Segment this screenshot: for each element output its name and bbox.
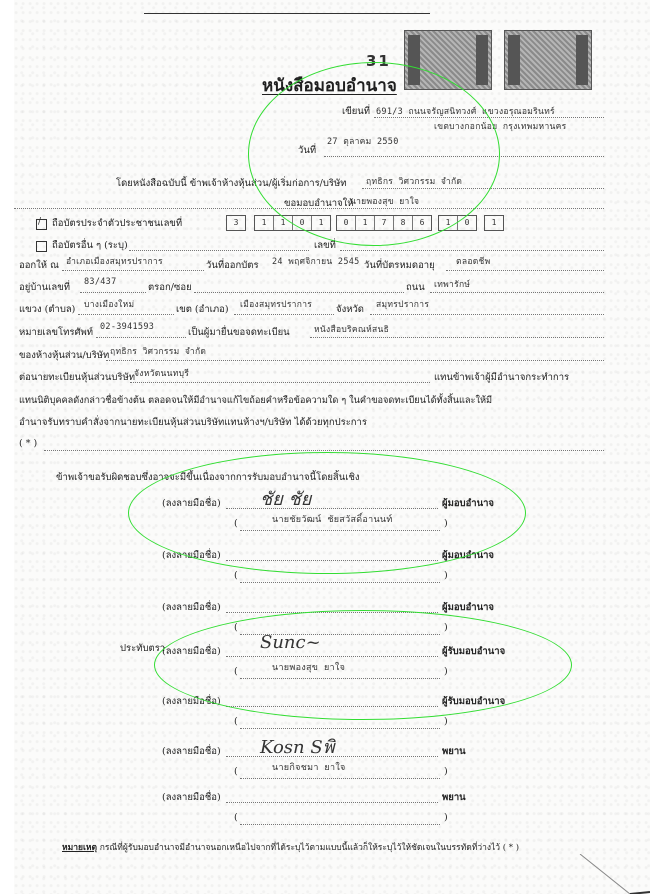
registrar-value: จังหวัดนนทบุรี — [134, 366, 189, 380]
name-paren-close: ) — [444, 716, 448, 727]
top-rule — [144, 13, 430, 14]
printed-name-line[interactable] — [240, 582, 440, 583]
signature-line[interactable] — [226, 802, 438, 803]
printed-name-line[interactable] — [240, 678, 440, 679]
date-value: 27 ตุลาคม 2550 — [327, 134, 399, 148]
house-no-label: อยู่บ้านเลขที่ — [19, 280, 70, 295]
road-label: ถนน — [406, 280, 425, 295]
handwritten-signature: ชัย ชัย — [260, 484, 311, 513]
signature-role: พยาน — [442, 744, 466, 759]
signature-role: ผู้มอบอำนาจ — [442, 600, 494, 615]
name-paren-open: ( — [234, 812, 238, 823]
document-page: 31 หนังสือมอบอำนาจ เขียนที่ 691/3 ถนนจรั… — [14, 0, 650, 894]
printed-name-line[interactable] — [240, 778, 440, 779]
registrar-label: ต่อนายทะเบียนหุ้นส่วนบริษัท — [19, 370, 135, 385]
id-card-checkbox[interactable]: / — [36, 219, 47, 230]
issue-date-label: วันที่ออกบัตร — [206, 258, 259, 273]
name-paren-open: ( — [234, 622, 238, 633]
footnote-text: กรณีที่ผู้รับมอบอำนาจมีอำนาจนอกเหนือไปจา… — [100, 843, 519, 853]
asterisk-label: ( * ) — [19, 438, 37, 449]
subdistrict-label: แขวง (ตำบล) — [19, 302, 75, 317]
printed-name-line[interactable] — [240, 728, 440, 729]
name-paren-open: ( — [234, 666, 238, 677]
of-partnership-value: ฤทธิกร วิศวกรรม จำกัด — [110, 344, 206, 358]
sign-label: (ลงลายมือชื่อ) — [162, 644, 221, 659]
sign-label: (ลงลายมือชื่อ) — [162, 694, 221, 709]
revenue-stamp-1 — [404, 30, 492, 90]
document-title: หนังสือมอบอำนาจ — [262, 72, 397, 99]
number-label: เลขที่ — [314, 238, 336, 253]
name-paren-open: ( — [234, 716, 238, 727]
printed-name: นายกิจชมา ยาใจ — [272, 760, 346, 774]
signature-line[interactable] — [226, 612, 438, 613]
page-corner-fold — [570, 854, 650, 894]
revenue-stamp-2 — [504, 30, 592, 90]
house-no-value: 83/437 — [84, 277, 117, 287]
expiry-label: วันที่บัตรหมดอายุ — [364, 258, 435, 273]
body-line-2: แทนนิติบุคคลดังกล่าวชื่อข้างต้น ตลอดจนให… — [19, 393, 492, 408]
name-paren-close: ) — [444, 766, 448, 777]
name-paren-close: ) — [444, 570, 448, 581]
written-at-line2: เขตบางกอกน้อย กรุงเทพมหานคร — [434, 119, 566, 133]
handwritten-signature: Kosn Sพิ — [260, 732, 335, 761]
body-line-3: อำนาจรับทราบคำสั่งจากนายทะเบียนหุ้นส่วนบ… — [19, 415, 367, 430]
signature-role: ผู้มอบอำนาจ — [442, 496, 494, 511]
of-partnership-label: ของห้างหุ้นส่วน/บริษัท — [19, 348, 109, 363]
sign-label: (ลงลายมือชื่อ) — [162, 548, 221, 563]
signature-role: ผู้รับมอบอำนาจ — [442, 644, 505, 659]
footnote-label: หมายเหตุ — [62, 843, 97, 853]
alley-label: ตรอก/ซอย — [148, 280, 192, 295]
phone-label: หมายเลขโทรศัพท์ — [19, 325, 93, 340]
name-paren-open: ( — [234, 570, 238, 581]
sign-label: (ลงลายมือชื่อ) — [162, 744, 221, 759]
footnote: หมายเหตุ กรณีที่ผู้รับมอบอำนาจมีอำนาจนอก… — [62, 840, 519, 854]
signature-line[interactable] — [226, 560, 438, 561]
other-card-label: ถือบัตรอื่น ๆ (ระบุ) — [52, 238, 128, 253]
name-paren-close: ) — [444, 518, 448, 529]
printed-name-line[interactable] — [240, 824, 440, 825]
name-paren-open: ( — [234, 518, 238, 529]
id-card-label: ถือบัตรประจำตัวประชาชนเลขที่ — [52, 216, 182, 231]
road-value: เทพารักษ์ — [434, 277, 470, 291]
name-paren-close: ) — [444, 666, 448, 677]
date-label: วันที่ — [298, 143, 316, 158]
registrar-tail: แทนข้าพเจ้าผู้มีอำนาจกระทำการ — [434, 370, 569, 385]
name-paren-open: ( — [234, 766, 238, 777]
written-at-label: เขียนที่ — [342, 104, 370, 119]
printed-name: นายพองสุข ยาใจ — [272, 660, 345, 674]
subdistrict-value: บางเมืองใหม่ — [84, 297, 134, 311]
issue-date-value: 24 พฤศจิกายน 2545 — [272, 254, 360, 268]
filer-value: หนังสือบริคณห์สนธิ — [314, 322, 389, 336]
phone-value: 02-3941593 — [100, 322, 154, 332]
other-card-checkbox[interactable] — [36, 241, 47, 252]
issued-at-value: อำเภอเมืองสมุทรปราการ — [66, 254, 163, 268]
sign-label: (ลงลายมือชื่อ) — [162, 496, 221, 511]
signature-line[interactable] — [226, 508, 438, 509]
name-paren-close: ) — [444, 622, 448, 633]
seal-label: ประทับตรา — [120, 641, 165, 656]
province-value: สมุทรปราการ — [376, 297, 429, 311]
district-value: เมืองสมุทรปราการ — [240, 297, 312, 311]
written-at-line1: 691/3 ถนนจรัญสนิทวงศ์ แขวงอรุณอมรินทร์ — [376, 104, 555, 118]
province-label: จังหวัด — [336, 302, 364, 317]
issued-at-label: ออกให้ ณ — [19, 258, 59, 273]
signature-line[interactable] — [226, 706, 438, 707]
printed-name: นายชัยวัฒน์ ชัยสวัสดิ์อานนท์ — [272, 512, 393, 526]
stamp-number: 31 — [366, 52, 391, 70]
expiry-value: ตลอดชีพ — [456, 254, 491, 268]
signature-role: ผู้มอบอำนาจ — [442, 548, 494, 563]
sign-label: (ลงลายมือชื่อ) — [162, 790, 221, 805]
handwritten-signature: Sunc~ — [260, 632, 321, 653]
grantee-value: นายพองสุข ยาใจ — [350, 194, 419, 208]
signature-role: พยาน — [442, 790, 466, 805]
grantor-value: ฤทธิกร วิศวกรรม จำกัด — [366, 174, 462, 188]
district-label: เขต (อำเภอ) — [176, 302, 229, 317]
signature-line[interactable] — [226, 656, 438, 657]
responsibility-statement: ข้าพเจ้าขอรับผิดชอบซึ่งอาจจะมีขึ้นเนื่อง… — [56, 470, 360, 485]
grantor-label: โดยหนังสือฉบับนี้ ข้าพเจ้าห้างหุ้นส่วน/ผ… — [116, 176, 347, 191]
printed-name-line[interactable] — [240, 530, 440, 531]
sign-label: (ลงลายมือชื่อ) — [162, 600, 221, 615]
name-paren-close: ) — [444, 812, 448, 823]
signature-role: ผู้รับมอบอำนาจ — [442, 694, 505, 709]
filer-label: เป็นผู้มายื่นขอจดทะเบียน — [188, 325, 290, 340]
